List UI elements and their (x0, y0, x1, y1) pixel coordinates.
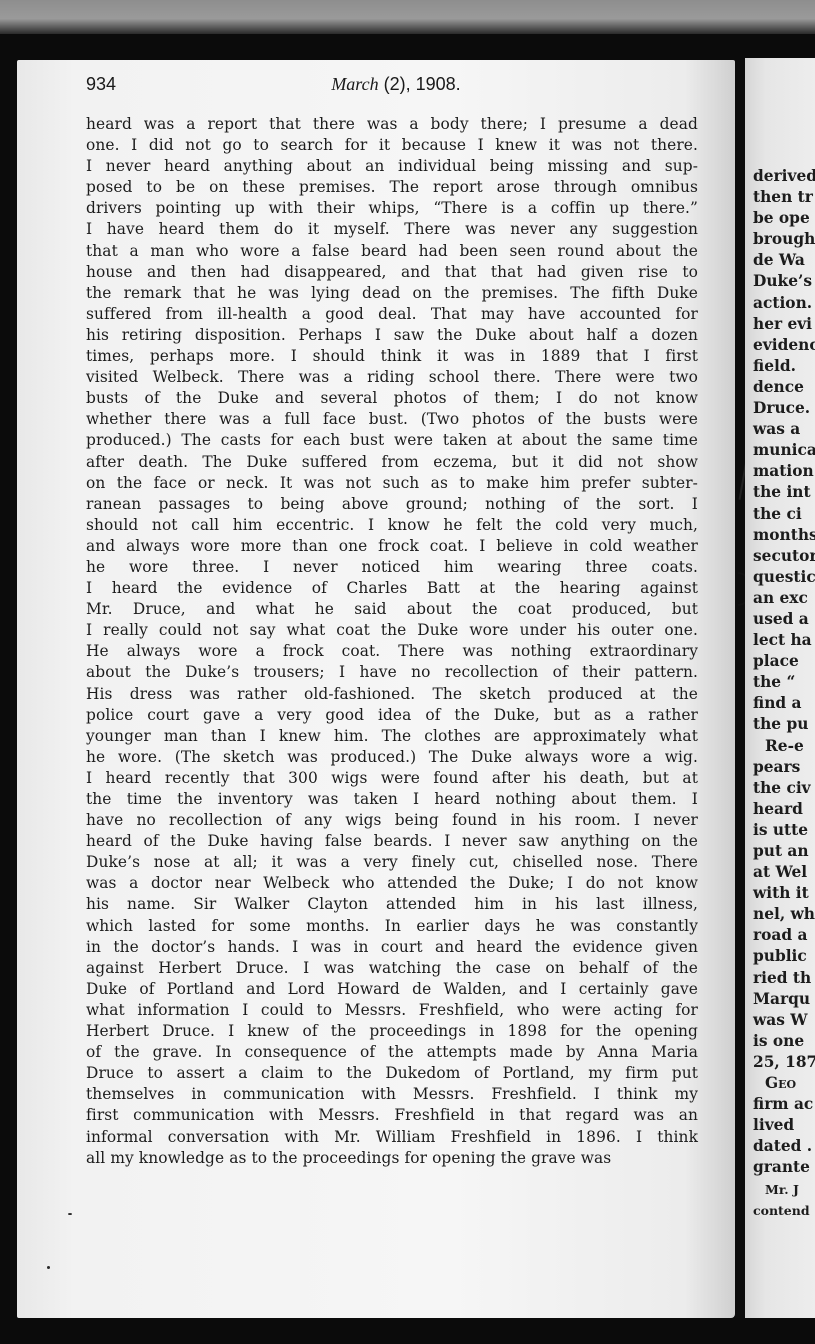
text-line: firm ac (753, 1094, 815, 1115)
text-line: drivers pointing up with their whips, “T… (86, 198, 698, 219)
right-page-fragment: derived then tr be ope brough de Wa Duke… (745, 58, 815, 1320)
text-line: about the Duke’s trousers; I have no rec… (86, 662, 698, 683)
text-line: pears (753, 757, 815, 778)
text-line: public (753, 946, 815, 967)
text-line: ranean passages to being above ground; n… (86, 494, 698, 515)
text-line: 25, 187 (753, 1052, 815, 1073)
text-line: I never heard anything about an individu… (86, 156, 698, 177)
text-line: should not call him eccentric. I know he… (86, 515, 698, 536)
text-line: whether there was a full face bust. (Two… (86, 409, 698, 430)
text-line: I really could not say what coat the Duk… (86, 620, 698, 641)
text-line: then tr (753, 187, 815, 208)
text-line: themselves in communication with Messrs.… (86, 1084, 698, 1105)
text-line: the remark that he was lying dead on the… (86, 283, 698, 304)
text-line: lect ha (753, 630, 815, 651)
text-line: I have heard them do it myself. There wa… (86, 219, 698, 240)
text-line: suffered from ill-health a good deal. Th… (86, 304, 698, 325)
text-line: is utte (753, 820, 815, 841)
text-line: her evi (753, 314, 815, 335)
ink-speck (47, 1266, 50, 1269)
text-line: was W (753, 1010, 815, 1031)
text-line: He always wore a frock coat. There was n… (86, 641, 698, 662)
ink-speck (68, 1213, 72, 1215)
text-line: the int (753, 482, 815, 503)
text-line: against Herbert Druce. I was watching th… (86, 958, 698, 979)
text-line: put an (753, 841, 815, 862)
text-line: the pu (753, 714, 815, 735)
text-line: was a (753, 419, 815, 440)
text-line: contend (753, 1200, 815, 1221)
text-line: at Wel (753, 862, 815, 883)
text-line: nel, wh (753, 904, 815, 925)
text-line: evidenc (753, 335, 815, 356)
text-line: produced.) The casts for each bust were … (86, 430, 698, 451)
text-line: on the face or neck. It was not such as … (86, 473, 698, 494)
text-line: police court gave a very good idea of th… (86, 705, 698, 726)
text-line: Duke of Portland and Lord Howard de Wald… (86, 979, 698, 1000)
text-line: house and then had disappeared, and that… (86, 262, 698, 283)
text-line: informal conversation with Mr. William F… (86, 1127, 698, 1148)
running-head: 934 March (2), 1908. (86, 74, 706, 100)
text-line: Duke’s (753, 271, 815, 292)
text-line: in the doctor’s hands. I was in court an… (86, 937, 698, 958)
text-line: is one (753, 1031, 815, 1052)
text-line: and always wore more than one frock coat… (86, 536, 698, 557)
text-line: was a doctor near Welbeck who attended t… (86, 873, 698, 894)
text-line: derived (753, 166, 815, 187)
text-line: he wore three. I never noticed him weari… (86, 557, 698, 578)
text-line: dated . (753, 1136, 815, 1157)
text-line: secutor (753, 546, 815, 567)
text-line: an exc (753, 588, 815, 609)
text-line: posed to be on these premises. The repor… (86, 177, 698, 198)
text-line: the civ (753, 778, 815, 799)
text-line: find a (753, 693, 815, 714)
text-line: Druce. (753, 398, 815, 419)
book-gutter (735, 60, 745, 1344)
text-line: first communication with Messrs. Freshfi… (86, 1105, 698, 1126)
text-line: that a man who wore a false beard had be… (86, 241, 698, 262)
text-line: the “ (753, 672, 815, 693)
text-line: with it (753, 883, 815, 904)
scan-top-margin (0, 0, 815, 34)
text-line: what information I could to Messrs. Fres… (86, 1000, 698, 1021)
text-line: road a (753, 925, 815, 946)
text-line: after death. The Duke suffered from ecze… (86, 452, 698, 473)
text-line: field. (753, 356, 815, 377)
text-line: brough (753, 229, 815, 250)
text-line: of the grave. In consequence of the atte… (86, 1042, 698, 1063)
text-line: questic (753, 567, 815, 588)
text-line: Geo (753, 1073, 815, 1094)
text-line: munica (753, 440, 815, 461)
text-line: which lasted for some months. In earlier… (86, 916, 698, 937)
right-page-text: derived then tr be ope brough de Wa Duke… (753, 166, 815, 1221)
page-date-heading: March (2), 1908. (86, 74, 706, 95)
heading-month: March (331, 74, 378, 94)
text-line: heard of the Duke having false beards. I… (86, 831, 698, 852)
text-line: have no recollection of any wigs being f… (86, 810, 698, 831)
text-line: busts of the Duke and several photos of … (86, 388, 698, 409)
text-line: lived (753, 1115, 815, 1136)
text-line: months (753, 525, 815, 546)
text-line: his retiring disposition. Perhaps I saw … (86, 325, 698, 346)
text-line: visited Welbeck. There was a riding scho… (86, 367, 698, 388)
text-line: Druce to assert a claim to the Dukedom o… (86, 1063, 698, 1084)
text-line: de Wa (753, 250, 815, 271)
body-text: heard was a report that there was a body… (86, 114, 698, 1169)
scan-bottom-shadow (0, 1318, 815, 1344)
text-line: place (753, 651, 815, 672)
text-line: one. I did not go to search for it becau… (86, 135, 698, 156)
text-line: heard (753, 799, 815, 820)
text-line: ried th (753, 968, 815, 989)
text-line: grante (753, 1157, 815, 1178)
text-line: Duke’s nose at all; it was a very finely… (86, 852, 698, 873)
text-line: Mr. J (753, 1179, 815, 1200)
text-line: younger man than I knew him. The clothes… (86, 726, 698, 747)
text-line: Re-e (753, 736, 815, 757)
heading-date: (2), 1908. (379, 74, 461, 94)
text-line: the ci (753, 504, 815, 525)
text-line: Herbert Druce. I knew of the proceedings… (86, 1021, 698, 1042)
text-line: I heard the evidence of Charles Batt at … (86, 578, 698, 599)
text-line: Mr. Druce, and what he said about the co… (86, 599, 698, 620)
text-line: Marqu (753, 989, 815, 1010)
text-line: be ope (753, 208, 815, 229)
text-line: all my knowledge as to the proceedings f… (86, 1148, 698, 1169)
text-line: his name. Sir Walker Clayton attended hi… (86, 894, 698, 915)
text-line: mation (753, 461, 815, 482)
text-line: the time the inventory was taken I heard… (86, 789, 698, 810)
text-line: His dress was rather old-fashioned. The … (86, 684, 698, 705)
text-line: used a (753, 609, 815, 630)
text-line: dence (753, 377, 815, 398)
text-line: he wore. (The sketch was produced.) The … (86, 747, 698, 768)
text-line: action. (753, 293, 815, 314)
text-line: times, perhaps more. I should think it w… (86, 346, 698, 367)
text-line: heard was a report that there was a body… (86, 114, 698, 135)
text-line: I heard recently that 300 wigs were foun… (86, 768, 698, 789)
